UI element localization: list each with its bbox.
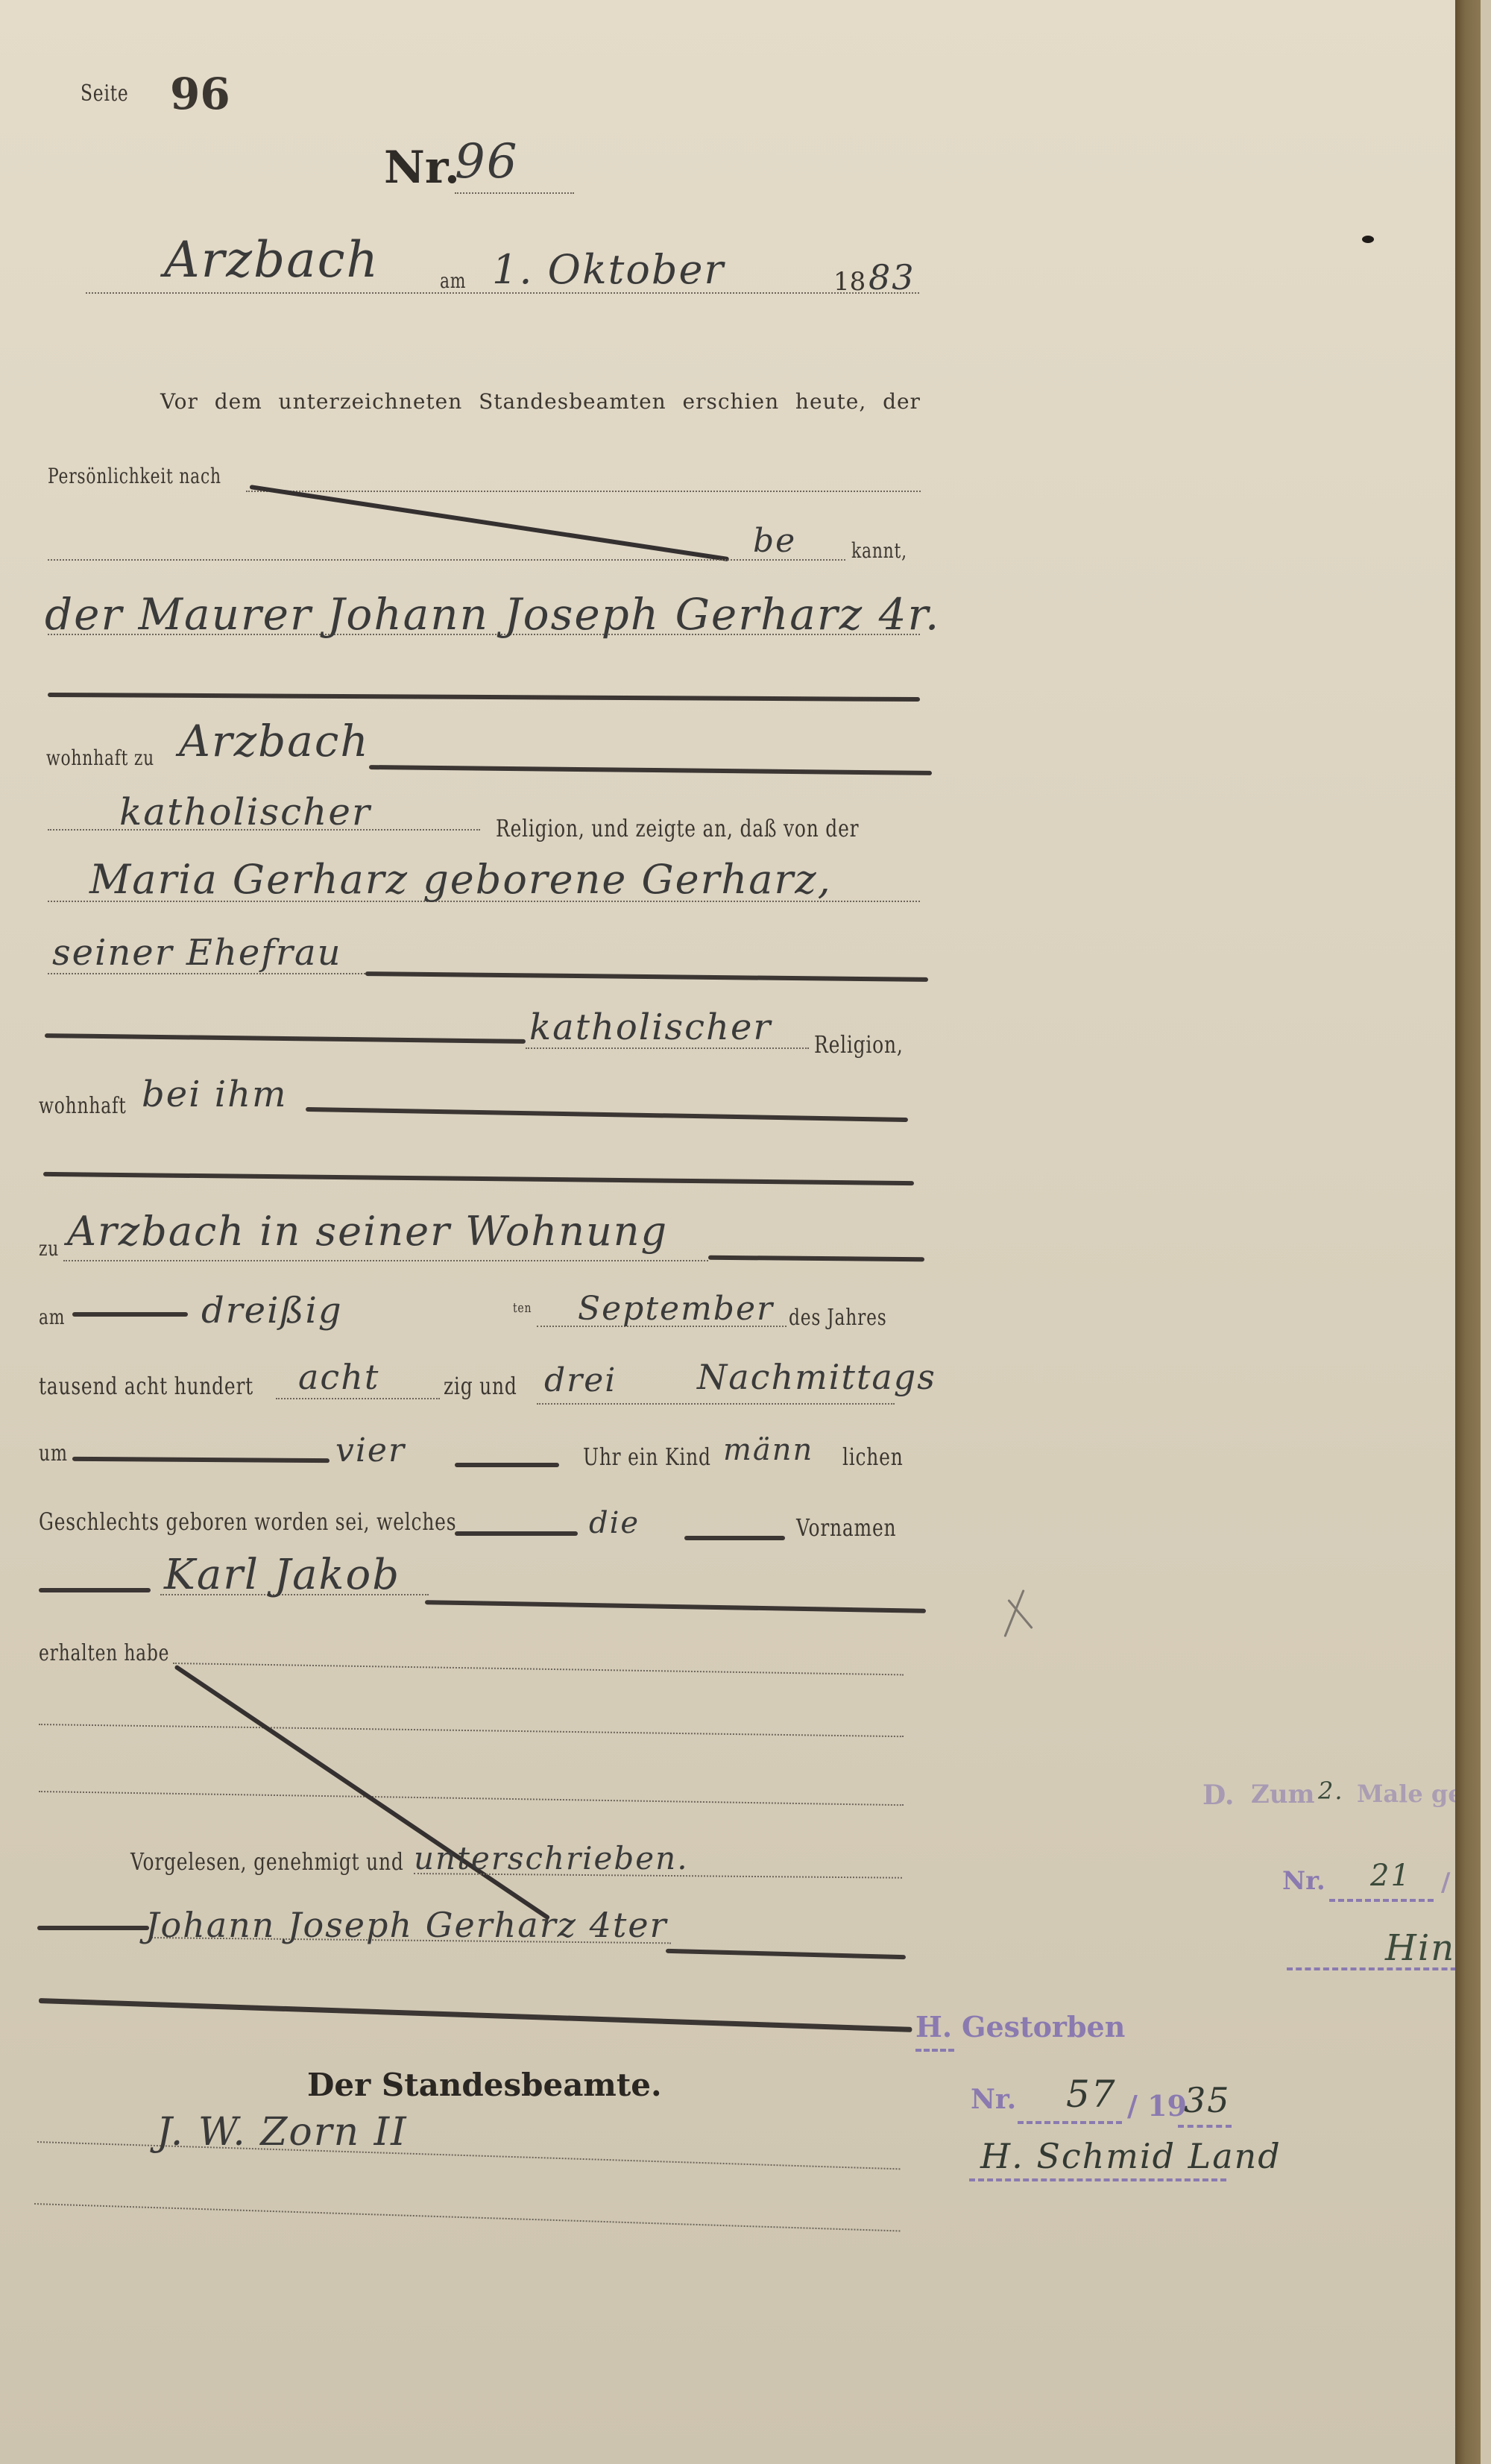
ten-label: ten xyxy=(513,1300,532,1316)
zu-dotted xyxy=(63,1260,708,1261)
des-jahres: des Jahres xyxy=(789,1305,887,1331)
bekannt-handwritten: be xyxy=(753,522,796,560)
bekannt-print: kannt, xyxy=(851,538,907,563)
unit-dotted xyxy=(537,1403,895,1405)
time-of-day-value: Nachmittags xyxy=(697,1357,936,1397)
decade-dotted xyxy=(276,1398,440,1399)
mother-value: Maria Gerharz geborene Gerharz, xyxy=(89,856,832,903)
declarant-value: der Maurer Johann Joseph Gerharz 4r. xyxy=(45,589,940,640)
stamp-death-signature: H. Schmid Land xyxy=(980,2136,1282,2176)
nr-value: 96 xyxy=(455,134,518,189)
filler-line xyxy=(666,1949,906,1959)
year-suffix: 83 xyxy=(869,257,915,297)
death-stamp: H. Gestorben Nr. 57 / 19 35 H. Schmid La… xyxy=(910,2005,1252,2199)
am-day-label: am xyxy=(39,1305,65,1329)
vornamen-label: Vornamen xyxy=(796,1513,896,1542)
stamp-marriage-nr-value: 21 xyxy=(1370,1859,1411,1893)
am-label: am xyxy=(440,268,466,293)
seite-label: Seite xyxy=(81,81,129,107)
vorgelesen-value: unterschrieben. xyxy=(414,1840,689,1877)
filler-line xyxy=(306,1107,908,1122)
wohnhaft-label: wohnhaft xyxy=(39,1093,127,1119)
religion2-text: Religion, xyxy=(814,1030,904,1059)
filler-line xyxy=(72,1312,188,1317)
filler-line xyxy=(425,1600,926,1613)
sex-print: lichen xyxy=(842,1443,904,1471)
strike-slash-persoenlichkeit xyxy=(250,485,730,561)
bekannt-dotted xyxy=(48,559,845,561)
nr-label: Nr. xyxy=(384,142,460,194)
wohnhaft-zu-label: wohnhaft zu xyxy=(46,746,154,770)
filler-line xyxy=(37,1926,149,1930)
stamp-marriage-nr-line xyxy=(1329,1899,1434,1902)
erhalten-dotted xyxy=(173,1663,904,1675)
filler-line xyxy=(39,1588,151,1592)
intro-word: Vor xyxy=(160,389,198,414)
zu-value: Arzbach in seiner Wohnung xyxy=(67,1208,668,1255)
stamp-death-year-suffix: 35 xyxy=(1184,2080,1231,2120)
wohnhaft-value: bei ihm xyxy=(142,1074,288,1115)
tausend-label: tausend acht hundert xyxy=(39,1372,253,1400)
persoenlichkeit-label: Persönlichkeit nach xyxy=(48,464,221,488)
registrar-dotted-2 xyxy=(34,2203,900,2231)
hour-value: vier xyxy=(335,1431,406,1469)
stamp-marriage-text-a: Zum xyxy=(1251,1780,1315,1809)
religion1-text: Religion, und zeigte an, daß von der xyxy=(496,814,859,842)
zig-und: zig und xyxy=(444,1372,517,1400)
stamp-marriage-year: / 19 xyxy=(1441,1868,1455,1897)
erhalten-label: erhalten habe xyxy=(39,1640,169,1666)
stamp-death-nr-line xyxy=(1018,2121,1122,2124)
blank-dotted-1 xyxy=(39,1724,904,1737)
decade-value: acht xyxy=(298,1357,379,1397)
filler-line xyxy=(684,1536,785,1540)
stamp-death-prefix: H. xyxy=(915,2010,952,2044)
date-value: 1. Oktober xyxy=(492,246,725,293)
register-page: Seite 96 Nr. 96 Arzbach am 1. Oktober 18… xyxy=(0,0,1455,2464)
standesbeamte-label: Der Standesbeamte. xyxy=(307,2067,662,2103)
intro-word: dem xyxy=(215,389,262,414)
stamp-death-year-line xyxy=(1178,2125,1232,2128)
ink-speck xyxy=(1362,236,1374,243)
filler-line xyxy=(455,1463,559,1467)
place-value: Arzbach xyxy=(164,231,379,289)
year-prefix: 18 xyxy=(833,267,866,297)
stamp-death-year-prefix: / 19 xyxy=(1127,2089,1187,2123)
child-name-value: Karl Jakob xyxy=(164,1551,400,1599)
filler-line xyxy=(43,1172,914,1185)
filler-line xyxy=(369,765,932,775)
mother-relation: seiner Ehefrau xyxy=(52,932,342,974)
religion2-value: katholischer xyxy=(529,1006,772,1048)
persoenlichkeit-dotted xyxy=(246,491,921,492)
stamp-death-prefix-underline xyxy=(915,2049,954,2052)
zu-label: zu xyxy=(39,1236,59,1261)
geschlechts-text: Geschlechts geboren worden sei, welches xyxy=(39,1507,456,1536)
filler-line xyxy=(455,1531,578,1536)
filler-line xyxy=(45,1033,526,1044)
filler-line xyxy=(48,693,920,702)
stamp-marriage-signature: Hin xyxy=(1385,1927,1455,1969)
stamp-marriage-prefix: D. xyxy=(1202,1780,1234,1811)
intro-word: heute, xyxy=(795,389,866,414)
am-month-value: September xyxy=(578,1290,774,1328)
blank-dotted-2 xyxy=(39,1791,904,1806)
stamp-death-sig-line xyxy=(969,2178,1226,2181)
intro-word: erschien xyxy=(683,389,780,414)
book-gutter xyxy=(1455,0,1481,2464)
pencil-x-mark xyxy=(1003,1588,1040,1640)
wohnhaft-zu-value: Arzbach xyxy=(179,716,370,766)
filler-line xyxy=(708,1255,924,1262)
year-unit-value: drei xyxy=(544,1361,617,1399)
intro-line: Vor dem unterzeichneten Standesbeamten e… xyxy=(160,389,921,414)
sex-hand: männ xyxy=(723,1433,813,1467)
stamp-marriage-text-b: Male geh. xyxy=(1357,1780,1455,1808)
nr-dotted-line xyxy=(455,192,574,194)
intro-word: der xyxy=(883,389,921,414)
registrar-signature: J. W. Zorn II xyxy=(157,2110,408,2155)
marriage-stamp: D. Zum 2. Male geh. Nr. 21 / 19 Hin xyxy=(1199,1771,1455,1994)
filler-line xyxy=(365,971,928,982)
seite-number: 96 xyxy=(170,69,230,119)
stamp-death-nr-value: 57 xyxy=(1066,2073,1117,2116)
stamp-death-nr-label: Nr. xyxy=(971,2084,1016,2115)
um-label: um xyxy=(39,1440,68,1466)
strike-slash-erhalten xyxy=(174,1665,550,1921)
filler-line xyxy=(72,1457,330,1463)
stamp-marriage-nr-label: Nr. xyxy=(1282,1866,1325,1896)
welches-value: die xyxy=(589,1506,640,1540)
adjacent-page-edge xyxy=(1481,0,1491,2464)
intro-word: Standesbeamten xyxy=(479,389,666,414)
intro-word: unterzeichneten xyxy=(279,389,463,414)
vorgelesen-label: Vorgelesen, genehmigt und xyxy=(130,1847,404,1876)
uhr-text: Uhr ein Kind xyxy=(583,1443,711,1471)
stamp-marriage-times: 2. xyxy=(1318,1777,1344,1805)
stamp-death-text: Gestorben xyxy=(962,2010,1125,2044)
closing-line xyxy=(39,1998,912,2032)
am-day-value: dreißig xyxy=(201,1290,343,1332)
declarant-signature: Johann Joseph Gerharz 4ter xyxy=(145,1905,668,1945)
religion1-value: katholischer xyxy=(119,790,371,834)
